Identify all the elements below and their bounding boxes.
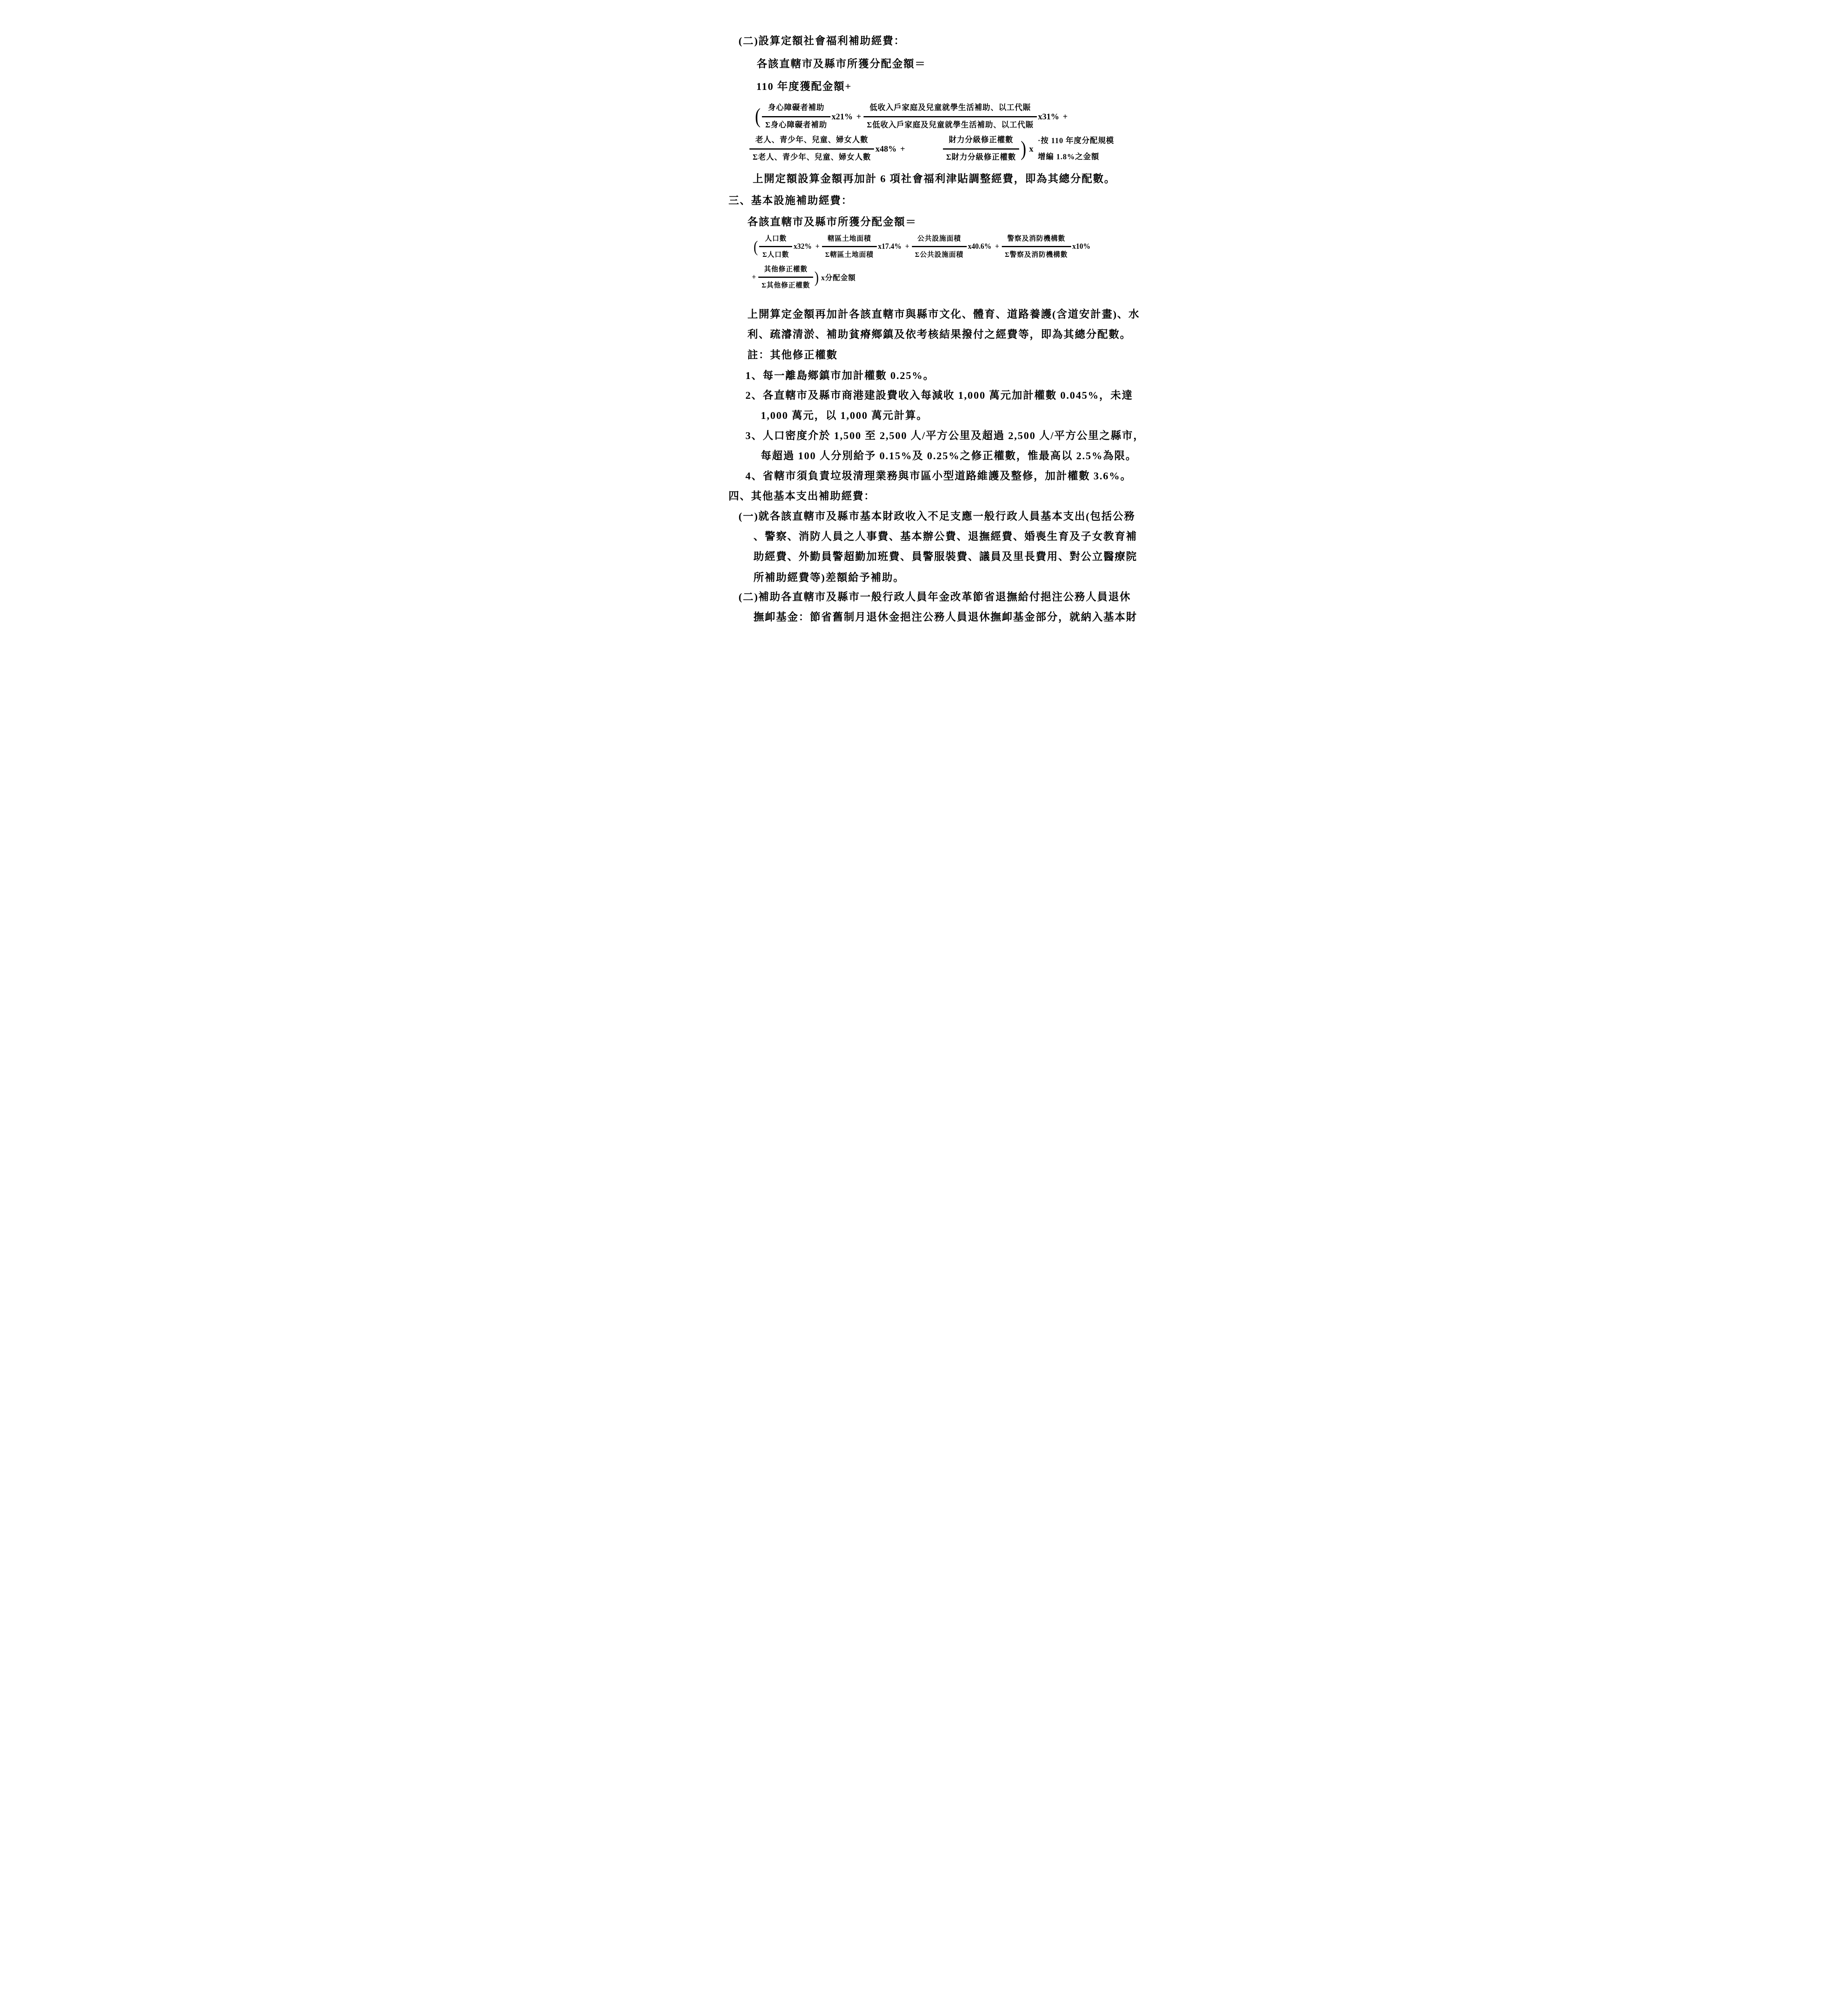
section-4-item-1-line-1: (一)就各該直轄市及縣市基本財政收入不足支應一般行政人員基本支出(包括公務 — [739, 510, 1155, 523]
section-2-note-line: 上開定額設算金額再加計 6 項社會福利津貼調整經費，即為其總分配數。 — [753, 173, 1155, 185]
section-4-item-2-line-2: 撫卹基金：節省舊制月退休金挹注公務人員退休撫卹基金部分，就納入基本財 — [753, 611, 1155, 624]
plus-sign: + — [815, 242, 819, 251]
basic-facilities-formula-row-2: + 其他修正權數 Σ其他修正權數 ) x分配金額 — [749, 265, 1155, 289]
scanned-document-page: (二)設算定額社會福利補助經費： 各該直轄市及縣市所獲分配金額＝ 110 年度獲… — [693, 0, 1155, 661]
weight-10: x10% — [1072, 242, 1090, 251]
weight-31: x31% — [1038, 112, 1059, 122]
close-paren: ) — [815, 269, 819, 285]
note-item-2-line-1: 2、各直轄市及縣市商港建設費收入每減收 1,000 萬元加計權數 0.045%，… — [745, 389, 1155, 402]
fraction-numerator: 轄區土地面積 — [824, 235, 874, 246]
fraction-denominator: Σ低收入戶家庭及兒童就學生活補助、以工代賑 — [864, 116, 1036, 130]
section-4-item-1-line-4: 所補助經費等)差額給予補助。 — [753, 571, 1155, 584]
plus-sign: + — [856, 112, 861, 122]
weight-40-6: x40.6% — [968, 242, 992, 251]
weight-48: x48% — [875, 144, 897, 154]
plus-sign: + — [900, 144, 905, 154]
social-welfare-formula-row-1: ( 身心障礙者補助 Σ身心障礙者補助 x21% + 低收入戶家庭及兒童就學生活補… — [753, 104, 1155, 130]
note-item-3-line-1: 3、人口密度介於 1,500 至 2,500 人/平方公里及超過 2,500 人… — [745, 429, 1155, 442]
weight-32: x32% — [793, 242, 812, 251]
weight-21: x21% — [832, 112, 853, 122]
fraction-denominator: Σ財力分級修正權數 — [943, 148, 1019, 162]
fraction-other-correction-weight: 其他修正權數 Σ其他修正權數 — [758, 265, 813, 289]
section-4-heading: 四、其他基本支出補助經費： — [728, 490, 1155, 503]
plus-sign: + — [1063, 112, 1068, 122]
note-header: 註：其他修正權數 — [747, 349, 1155, 362]
fraction-denominator: Σ警察及消防機構數 — [1002, 246, 1071, 259]
fraction-numerator: 低收入戶家庭及兒童就學生活補助、以工代賑 — [866, 104, 1034, 116]
multiplier-line-1: ·按 110 年度分配規模 — [1038, 133, 1114, 149]
section-4-item-1-line-2: 、警察、消防人員之人事費、基本辦公費、退撫經費、婚喪生育及子女教育補 — [753, 530, 1155, 543]
section-2-base-line: 110 年度獲配金額+ — [756, 80, 1155, 93]
social-welfare-formula-row-2: 老人、青少年、兒童、婦女人數 Σ老人、青少年、兒童、婦女人數 x48% + 財力… — [749, 133, 1155, 165]
fraction-denominator: Σ公共設施面積 — [912, 246, 967, 259]
formula-multiplier-text: ·按 110 年度分配規模 增編 1.8%之金額 — [1038, 133, 1114, 165]
fraction-land-area: 轄區土地面積 Σ轄區土地面積 — [822, 235, 877, 259]
fraction-numerator: 公共設施面積 — [914, 235, 964, 246]
section-3-allocation-line: 各該直轄市及縣市所獲分配金額＝ — [747, 216, 1155, 229]
weight-17-4: x17.4% — [878, 242, 902, 251]
plus-sign: + — [995, 242, 999, 251]
plus-sign: + — [752, 273, 756, 281]
basic-facilities-formula-row-1: ( 人口數 Σ人口數 x32% + 轄區土地面積 Σ轄區土地面積 x17.4% … — [752, 235, 1155, 259]
fraction-numerator: 身心障礙者補助 — [765, 104, 828, 116]
fraction-police-fire-agencies: 警察及消防機構數 Σ警察及消防機構數 — [1002, 235, 1071, 259]
fraction-numerator: 其他修正權數 — [761, 265, 811, 277]
fraction-elderly-population: 老人、青少年、兒童、婦女人數 Σ老人、青少年、兒童、婦女人數 — [749, 136, 874, 162]
section-2-heading: (二)設算定額社會福利補助經費： — [739, 35, 1155, 48]
fraction-denominator: Σ其他修正權數 — [758, 277, 813, 289]
times-allocation-amount: x分配金額 — [821, 272, 856, 283]
fraction-denominator: Σ人口數 — [759, 246, 792, 259]
fraction-numerator: 老人、青少年、兒童、婦女人數 — [752, 136, 872, 148]
fraction-denominator: Σ老人、青少年、兒童、婦女人數 — [749, 148, 874, 162]
fraction-fiscal-grade-weight: 財力分級修正權數 Σ財力分級修正權數 — [943, 136, 1019, 162]
section-3-note-line-2: 利、疏濬清淤、補助貧瘠鄉鎮及依考核結果撥付之經費等，即為其總分配數。 — [747, 328, 1155, 341]
fraction-public-facility-area: 公共設施面積 Σ公共設施面積 — [912, 235, 967, 259]
open-paren: ( — [755, 106, 761, 127]
note-item-3-line-2: 每超過 100 人分別給予 0.15%及 0.25%之修正權數，惟最高以 2.5… — [761, 450, 1155, 462]
section-3-note-line-1: 上開算定金額再加計各該直轄市與縣市文化、體育、道路養護(含道安計畫)、水 — [747, 308, 1155, 321]
plus-sign: + — [905, 242, 909, 251]
section-4-item-2-line-1: (二)補助各直轄市及縣市一般行政人員年金改革節省退撫給付挹注公務人員退休 — [739, 591, 1155, 604]
note-item-4: 4、省轄市須負責垃圾清理業務與市區小型道路維護及整修，加計權數 3.6%。 — [745, 470, 1155, 483]
section-3-heading: 三、基本設施補助經費： — [728, 194, 1155, 207]
fraction-numerator: 財力分級修正權數 — [946, 136, 1017, 148]
multiplier-line-2: 增編 1.8%之金額 — [1038, 149, 1114, 165]
open-paren: ( — [753, 239, 758, 255]
close-paren: ) — [1021, 139, 1026, 160]
fraction-numerator: 人口數 — [762, 235, 790, 246]
note-item-1: 1、每一離島鄉鎮市加計權數 0.25%。 — [745, 369, 1155, 382]
times-sign: x — [1029, 144, 1034, 154]
fraction-numerator: 警察及消防機構數 — [1004, 235, 1069, 246]
section-2-allocation-line: 各該直轄市及縣市所獲分配金額＝ — [757, 58, 1155, 71]
section-4-item-1-line-3: 助經費、外勤員警超勤加班費、員警服裝費、議員及里長費用、對公立醫療院 — [753, 550, 1155, 563]
fraction-population: 人口數 Σ人口數 — [759, 235, 792, 259]
note-item-2-line-2: 1,000 萬元，以 1,000 萬元計算。 — [761, 409, 1155, 422]
fraction-denominator: Σ身心障礙者補助 — [762, 116, 830, 130]
fraction-low-income-subsidy: 低收入戶家庭及兒童就學生活補助、以工代賑 Σ低收入戶家庭及兒童就學生活補助、以工… — [864, 104, 1036, 130]
fraction-disability-subsidy: 身心障礙者補助 Σ身心障礙者補助 — [762, 104, 830, 130]
fraction-denominator: Σ轄區土地面積 — [822, 246, 877, 259]
